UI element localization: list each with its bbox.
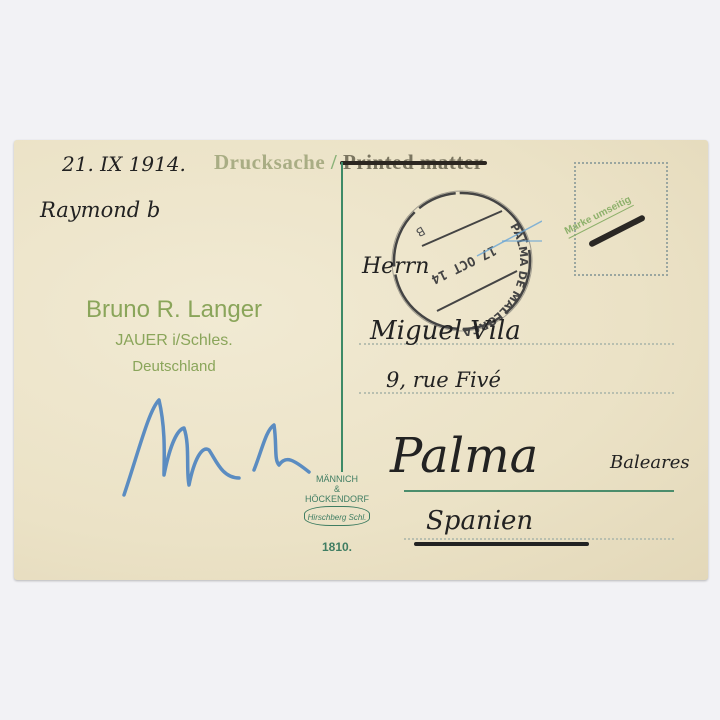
publisher-number: 1810. [300,540,374,554]
handwritten-greeting: Raymond b [40,198,160,222]
handwritten-date: 21. IX 1914. [62,152,186,176]
publisher-line-4: Hirschberg Schl. [308,513,367,522]
sender-city: JAUER i/Schles. [54,332,294,350]
publisher-line-2: & [300,484,374,494]
publisher-line-3: HÖCKENDORF [300,494,374,504]
address-street: 9, rue Fivé [386,368,501,392]
center-divider [341,162,343,472]
header-separator: / [331,150,337,174]
address-region: Baleares [610,452,690,473]
postmark-date: 17 OCT 14 [428,242,498,286]
address-country: Spanien [426,506,533,536]
address-line-2 [359,392,674,394]
publisher-palette-logo: Hirschberg Schl. [304,506,370,526]
postmark-code: B [413,223,427,239]
publisher-imprint: MÄNNICH & HÖCKENDORF Hirschberg Schl. [300,474,374,526]
header-drucksache: Drucksache [214,150,325,174]
postcard: Drucksache / Printed matter Marke umseit… [14,140,708,580]
publisher-line-1: MÄNNICH [300,474,374,484]
address-line-3 [404,490,674,492]
country-underline [414,542,589,546]
address-city: Palma [390,428,538,484]
header-printed-matter-struck: Printed matter [343,150,484,174]
sender-name: Bruno R. Langer [54,296,294,324]
printed-header: Drucksache / Printed matter [214,150,484,175]
address-salutation: Herrn [362,254,429,279]
address-line-4 [404,538,674,540]
blue-signature [114,390,314,500]
address-name: Miguel Vila [370,316,521,346]
sender-country: Deutschland [54,358,294,375]
